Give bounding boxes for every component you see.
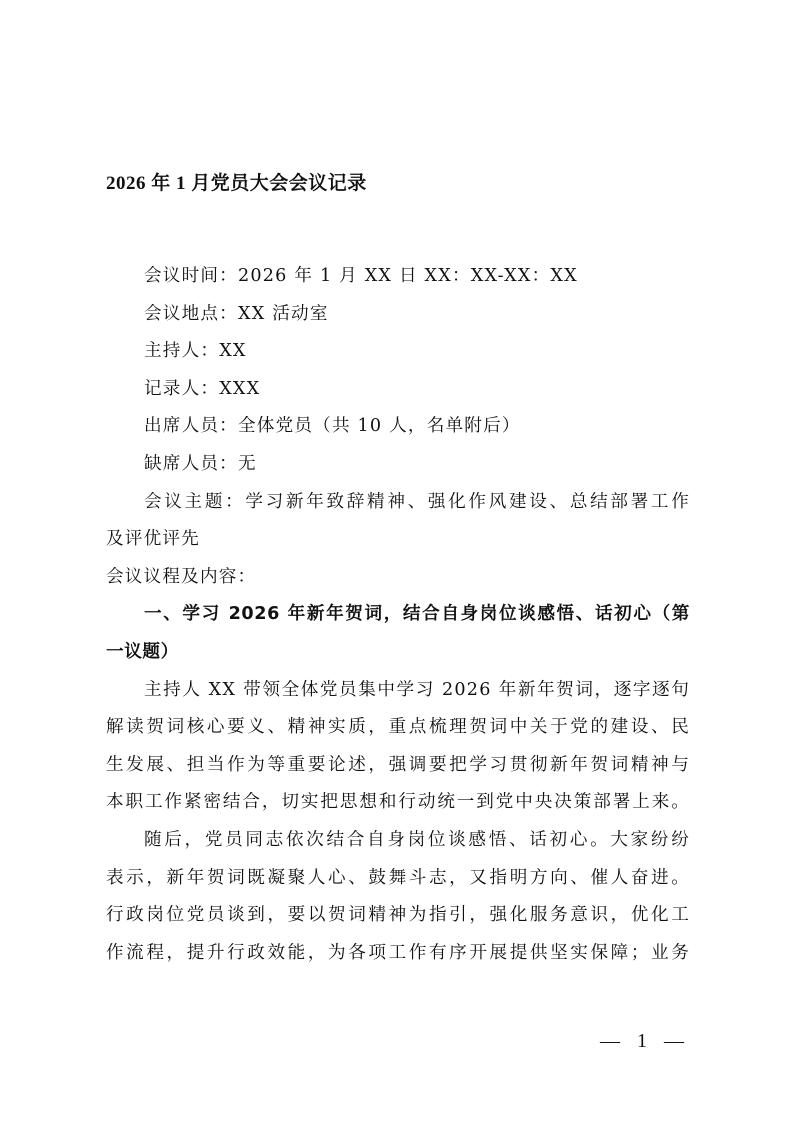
- meta-value: 2026 年 1 月 XX 日 XX：XX-XX：XX: [238, 266, 578, 286]
- section-heading-line2: 一议题）: [106, 634, 690, 672]
- meta-value: 无: [238, 454, 257, 474]
- paragraph2-line: 行政岗位党员谈到，要以贺词精神为指引，强化服务意识，优化工: [106, 897, 690, 935]
- page-number: — 1 —: [600, 1030, 690, 1053]
- paragraph1-line: 生发展、担当作为等重要论述，强调要把学习贯彻新年贺词精神与: [106, 747, 690, 785]
- meta-label: 缺席人员：: [144, 454, 238, 474]
- paragraph1-line: 主持人 XX 带领全体党员集中学习 2026 年新年贺词，逐字逐句: [106, 672, 690, 710]
- meta-label: 主持人：: [144, 341, 219, 361]
- paragraph2-line: 表示，新年贺词既凝聚人心、鼓舞斗志，又指明方向、催人奋进。: [106, 860, 690, 898]
- document-title: 2026 年 1 月党员大会会议记录: [106, 168, 367, 195]
- meta-time: 会议时间：2026 年 1 月 XX 日 XX：XX-XX：XX: [106, 258, 690, 296]
- meta-value: 全体党员（共 10 人，名单附后）: [238, 416, 521, 436]
- meeting-theme-line2: 及评优评先: [106, 521, 690, 559]
- meta-label: 出席人员：: [144, 416, 238, 436]
- meta-location: 会议地点：XX 活动室: [106, 296, 690, 334]
- meta-label: 会议地点：: [144, 304, 238, 324]
- meta-label: 会议时间：: [144, 266, 238, 286]
- section-heading-line1: 一、学习 2026 年新年贺词，结合自身岗位谈感悟、话初心（第: [106, 596, 690, 634]
- meta-value: XX 活动室: [238, 304, 329, 324]
- meeting-theme-line1: 会议主题：学习新年致辞精神、强化作风建设、总结部署工作: [106, 484, 690, 522]
- paragraph1-line: 本职工作紧密结合，切实把思想和行动统一到党中央决策部署上来。: [106, 784, 690, 822]
- meta-absentees: 缺席人员：无: [106, 446, 690, 484]
- meta-attendees: 出席人员：全体党员（共 10 人，名单附后）: [106, 408, 690, 446]
- document-body: 会议时间：2026 年 1 月 XX 日 XX：XX-XX：XX 会议地点：XX…: [106, 258, 690, 972]
- paragraph2-line: 随后，党员同志依次结合自身岗位谈感悟、话初心。大家纷纷: [106, 822, 690, 860]
- meta-value: XXX: [219, 379, 260, 399]
- paragraph2-line: 作流程，提升行政效能，为各项工作有序开展提供坚实保障；业务: [106, 935, 690, 973]
- agenda-label: 会议议程及内容：: [106, 559, 690, 597]
- meta-value: XX: [219, 341, 246, 361]
- paragraph1-line: 解读贺词核心要义、精神实质，重点梳理贺词中关于党的建设、民: [106, 709, 690, 747]
- meta-recorder: 记录人：XXX: [106, 371, 690, 409]
- meta-label: 记录人：: [144, 379, 219, 399]
- document-page: 2026 年 1 月党员大会会议记录 会议时间：2026 年 1 月 XX 日 …: [0, 0, 793, 1122]
- meta-host: 主持人：XX: [106, 333, 690, 371]
